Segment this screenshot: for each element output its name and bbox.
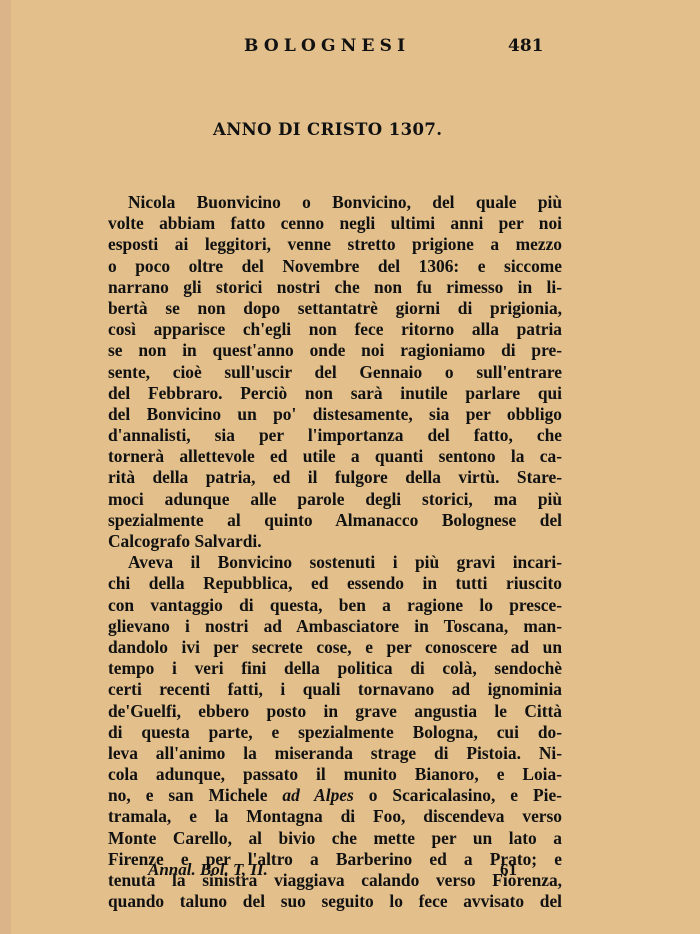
text-line: quando taluno del suo seguito lo fece av… <box>108 891 562 912</box>
text-line: Nicola Buonvicino o Bonvicino, del quale… <box>108 192 562 213</box>
text-line: glievano i nostri ad Ambasciatore in Tos… <box>108 616 562 637</box>
text-line: se non in quest'anno onde noi ragioniamo… <box>108 340 562 361</box>
text-line: de'Guelfi, ebbero posto in grave angusti… <box>108 701 562 722</box>
italic-phrase: ad Alpes <box>282 785 353 805</box>
text-line: del Bonvicino un po' distesamente, sia p… <box>108 404 562 425</box>
text-line: narrano gli storici nostri che non fu ri… <box>108 277 562 298</box>
text-line: Monte Carello, al bivio che mette per un… <box>108 828 562 849</box>
text-line: tempo i veri fini della politica di colà… <box>108 658 562 679</box>
section-heading: ANNO DI CRISTO 1307. <box>213 120 442 139</box>
text-line: così apparisce ch'egli non fece ritorno … <box>108 319 562 340</box>
text-line: leva all'animo la miseranda strage di Pi… <box>108 743 562 764</box>
page-edge-strip <box>0 0 11 934</box>
text-line: sente, cioè sull'uscir del Gennaio o sul… <box>108 362 562 383</box>
running-title: BOLOGNESI <box>244 36 410 56</box>
text-line: rità della patria, ed il fulgore della v… <box>108 467 562 488</box>
page-footer: Annal. Bol. T, II. 61 <box>0 860 700 884</box>
text-line: dandolo ivi per secrete cose, e per cono… <box>108 637 562 658</box>
signature-mark-title: Annal. Bol. T, II. <box>148 860 268 880</box>
text-line: esposti ai leggitori, venne stretto prig… <box>108 234 562 255</box>
text-line: moci adunque alle parole degli storici, … <box>108 489 562 510</box>
text-line: volte abbiam fatto cenno negli ultimi an… <box>108 213 562 234</box>
text-line: Calcografo Salvardi. <box>108 531 562 552</box>
text-line: tramala, e la Montagna di Foo, discendev… <box>108 806 562 827</box>
text-line: tornerà allettevole ed utile a quanti se… <box>108 446 562 467</box>
text-line: di questa parte, e spezialmente Bologna,… <box>108 722 562 743</box>
text-line: certi recenti fatti, i quali tornavano a… <box>108 679 562 700</box>
text-line: o poco oltre del Novembre del 1306: e si… <box>108 256 562 277</box>
body-text: Nicola Buonvicino o Bonvicino, del quale… <box>108 192 562 912</box>
text-line: con vantaggio di questa, ben a ragione l… <box>108 595 562 616</box>
text-fragment: o Scaricalasino, e Pie- <box>369 785 562 805</box>
running-head: BOLOGNESI 481 <box>0 36 700 58</box>
signature-number: 61 <box>500 860 517 880</box>
text-line-mixed: no, e san Michele ad Alpes o Scaricalasi… <box>108 785 562 806</box>
text-line: d'annalisti, sia per l'importanza del fa… <box>108 425 562 446</box>
text-line: Aveva il Bonvicino sostenuti i più gravi… <box>108 552 562 573</box>
text-line: bertà se non dopo settantatrè giorni di … <box>108 298 562 319</box>
text-line: chi della Repubblica, ed essendo in tutt… <box>108 573 562 594</box>
text-line: cola adunque, passato il munito Bianoro,… <box>108 764 562 785</box>
text-fragment: no, e san Michele <box>108 785 267 805</box>
text-line: spezialmente al quinto Almanacco Bologne… <box>108 510 562 531</box>
text-line: del Febbraro. Perciò non sarà inutile pa… <box>108 383 562 404</box>
page-number: 481 <box>508 36 544 56</box>
